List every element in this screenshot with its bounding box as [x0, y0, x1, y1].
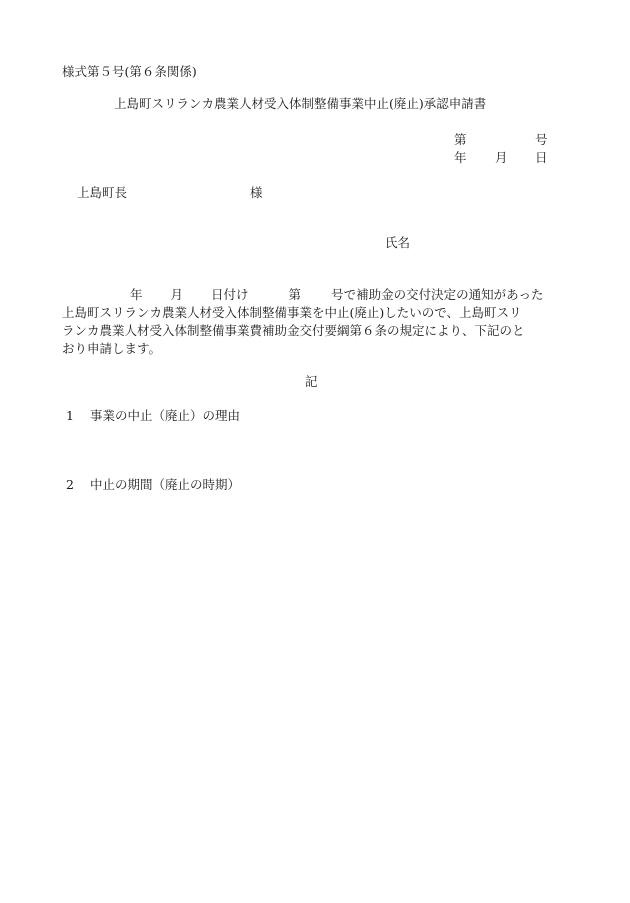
- item-number: 2: [66, 477, 90, 493]
- addressee-honorific: 様: [250, 185, 263, 201]
- doc-number-suffix: 号: [535, 132, 548, 148]
- item-label: 中止の期間（廃止の時期）: [90, 477, 240, 492]
- item-label: 事業の中止（廃止）の理由: [90, 408, 240, 423]
- form-number: 様式第５号(第６条関係): [62, 64, 197, 80]
- item-number: 1: [66, 408, 90, 424]
- body-line-3: ランカ農業人材受入体制整備事業費補助金交付要綱第６条の規定により、下記のと: [62, 322, 562, 340]
- document-title: 上島町スリランカ農業人材受入体制整備事業中止(廃止)承認申請書: [114, 96, 486, 112]
- date-day-label: 日: [535, 150, 548, 166]
- body-line-1: 年月日付け第号で補助金の交付決定の通知があった: [62, 286, 562, 304]
- body-no-prefix: 第: [289, 287, 302, 302]
- addressee-name: 上島町長: [77, 185, 127, 201]
- body-line-1-rest: 号で補助金の交付決定の通知があった: [331, 287, 543, 302]
- body-day-label: 日付け: [211, 287, 249, 302]
- applicant-name-label: 氏名: [385, 235, 410, 251]
- list-item: 1事業の中止（廃止）の理由: [66, 408, 240, 424]
- body-line-2: 上島町スリランカ農業人材受入体制整備事業を中止(廃止)したいので、上島町スリ: [62, 304, 562, 322]
- date-year-label: 年: [454, 150, 467, 166]
- body-year-label: 年: [62, 287, 143, 302]
- body-paragraph: 年月日付け第号で補助金の交付決定の通知があった 上島町スリランカ農業人材受入体制…: [62, 286, 562, 358]
- list-item: 2中止の期間（廃止の時期）: [66, 477, 240, 493]
- body-line-4: おり申請します。: [62, 340, 562, 358]
- date-month-label: 月: [495, 150, 508, 166]
- ki-heading: 記: [305, 374, 318, 390]
- doc-number-prefix: 第: [454, 132, 467, 148]
- body-month-label: 月: [171, 287, 184, 302]
